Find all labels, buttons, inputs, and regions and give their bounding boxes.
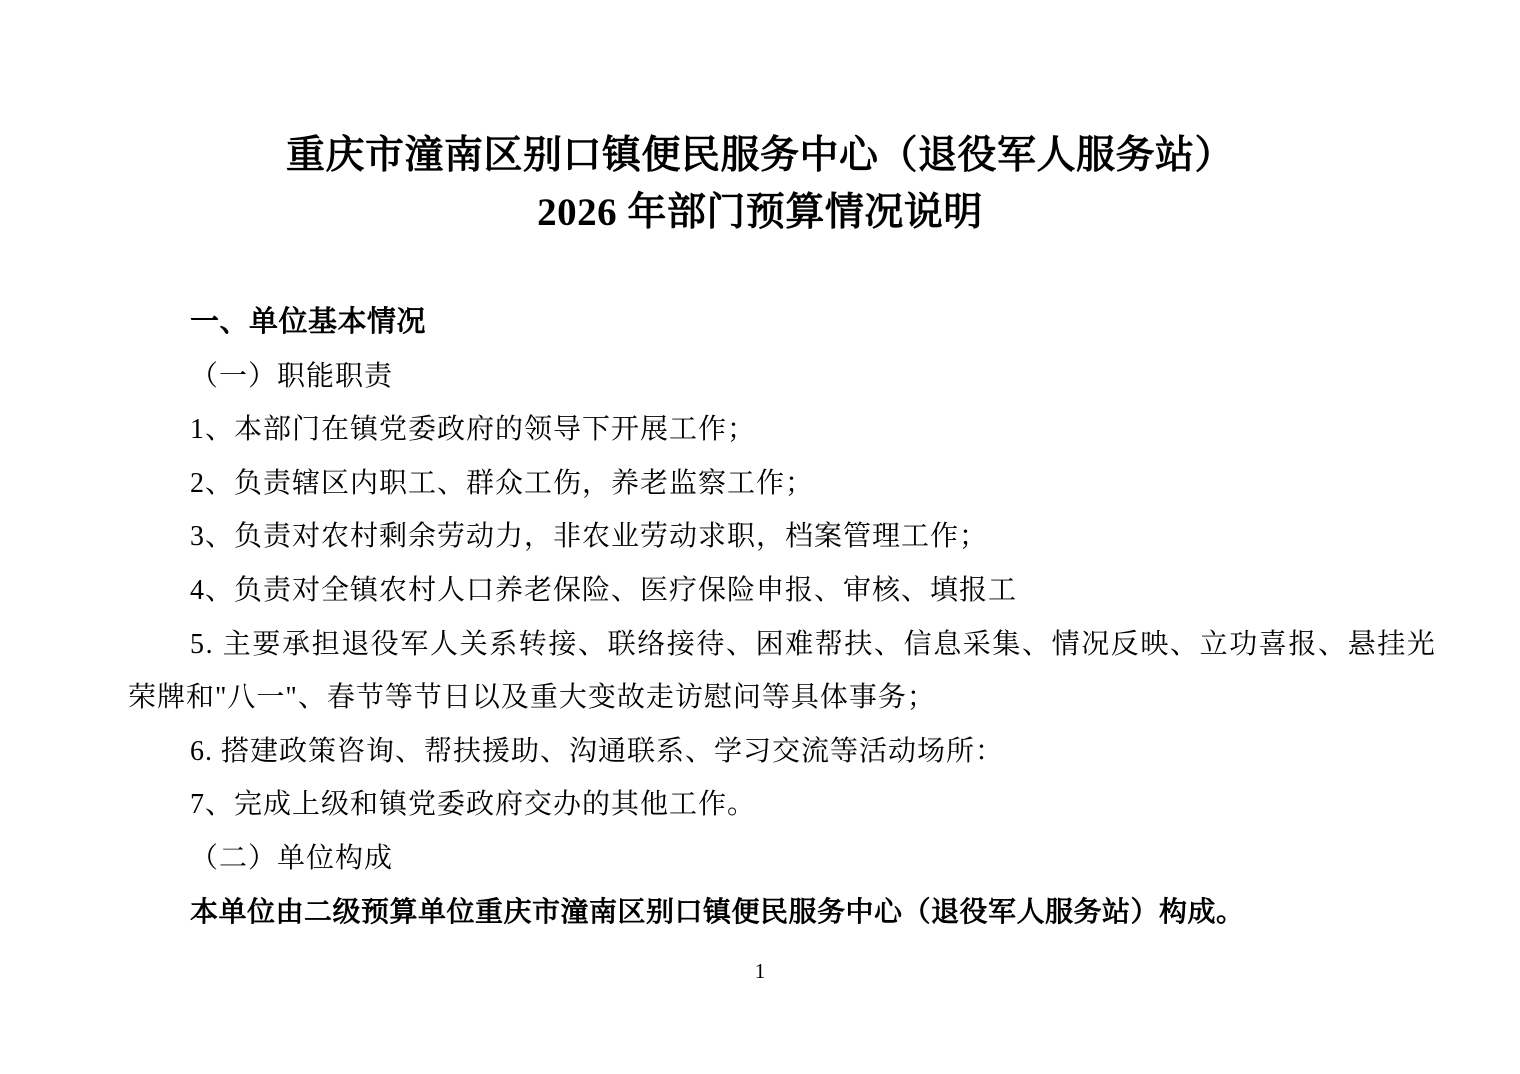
duty-item-6: 6. 搭建政策咨询、帮扶援助、沟通联系、学习交流等活动场所：: [128, 725, 1396, 779]
document-page: 重庆市潼南区别口镇便民服务中心（退役军人服务站） 2026 年部门预算情况说明 …: [0, 0, 1520, 1074]
subsection-heading-duties: （一）职能职责: [128, 350, 1396, 404]
duty-item-7: 7、完成上级和镇党委政府交办的其他工作。: [128, 778, 1396, 832]
duty-item-3: 3、负责对农村剩余劳动力，非农业劳动求职，档案管理工作；: [128, 510, 1396, 564]
composition-paragraph: 本单位由二级预算单位重庆市潼南区别口镇便民服务中心（退役军人服务站）构成。: [128, 886, 1396, 940]
duty-item-4: 4、负责对全镇农村人口养老保险、医疗保险申报、审核、填报工: [128, 564, 1396, 618]
subsection-heading-composition: （二）单位构成: [128, 832, 1396, 886]
duty-item-5-line2: 荣牌和"八一"、春节等节日以及重大变故走访慰问等具体事务；: [128, 671, 1396, 725]
duty-item-1: 1、本部门在镇党委政府的领导下开展工作；: [128, 403, 1396, 457]
document-body: 一、单位基本情况 （一）职能职责 1、本部门在镇党委政府的领导下开展工作； 2、…: [128, 296, 1396, 939]
page-number: 1: [0, 957, 1520, 985]
duty-item-2: 2、负责辖区内职工、群众工伤，养老监察工作；: [128, 457, 1396, 511]
document-title-line2: 2026 年部门预算情况说明: [0, 190, 1520, 236]
section-heading-basic-info: 一、单位基本情况: [128, 296, 1396, 350]
duty-item-5-line1: 5. 主要承担退役军人关系转接、联络接待、困难帮扶、信息采集、情况反映、立功喜报…: [128, 618, 1396, 672]
document-title-line1: 重庆市潼南区别口镇便民服务中心（退役军人服务站）: [0, 133, 1520, 179]
